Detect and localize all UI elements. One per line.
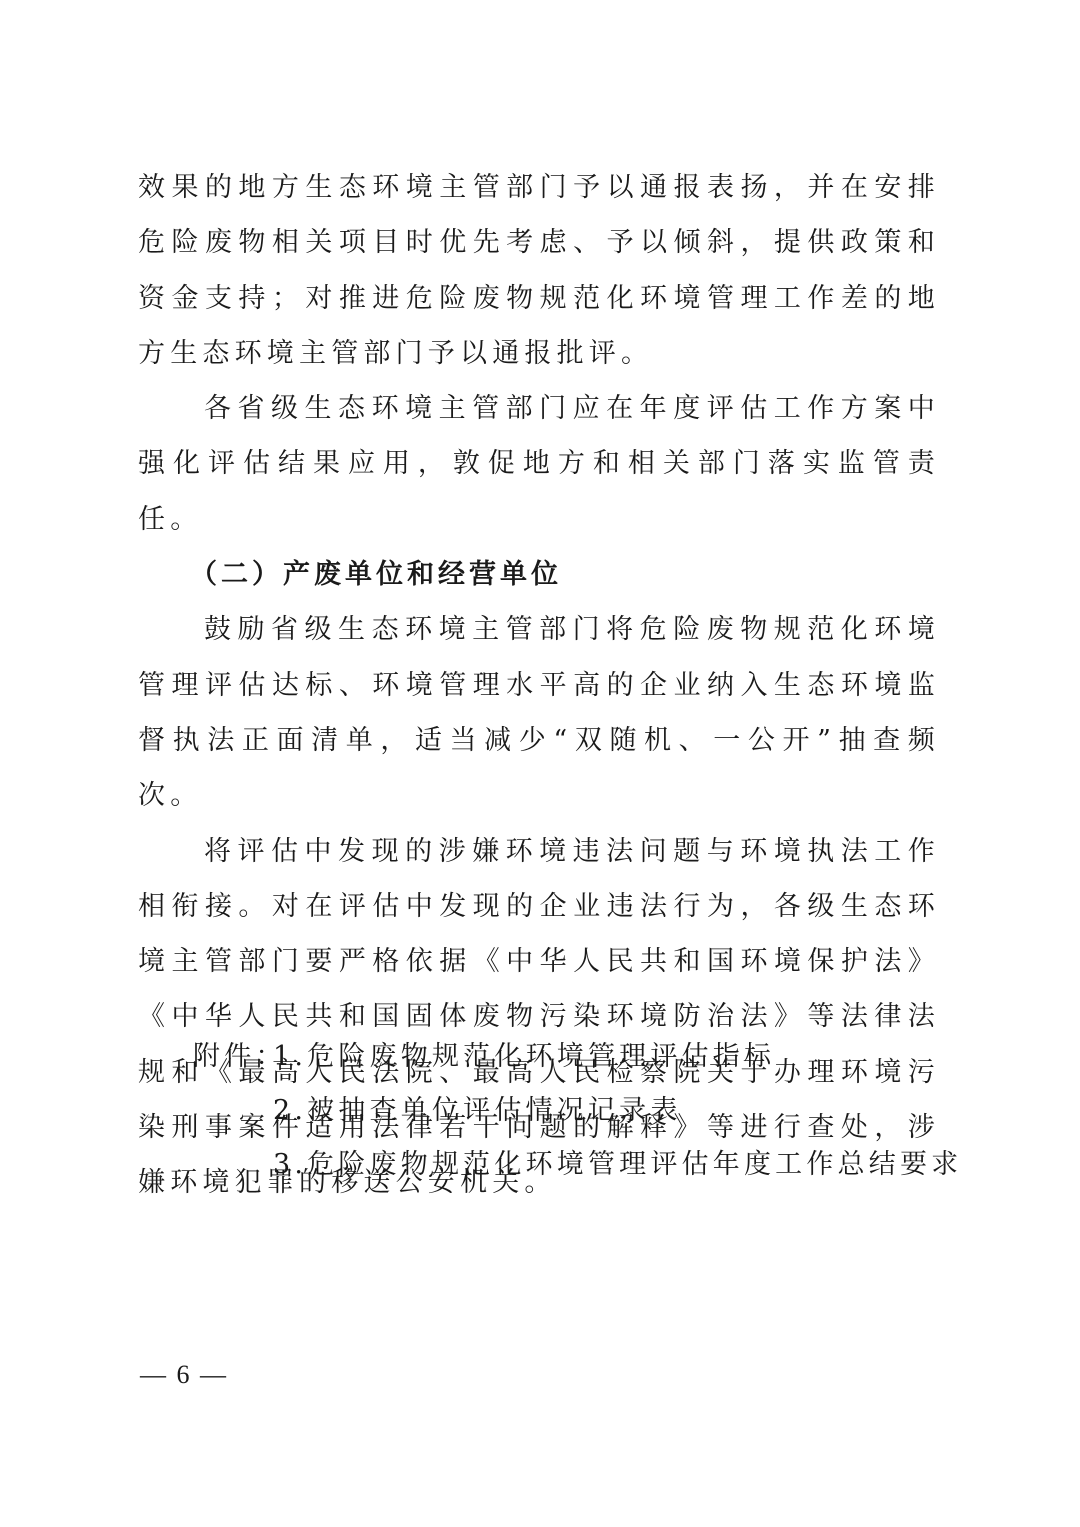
attachment-row-3: 3.危险废物规范化环境管理评估年度工作总结要求	[193, 1138, 962, 1192]
page-number: — 6 —	[140, 1360, 228, 1390]
attachment-item-3: 3.危险废物规范化环境管理评估年度工作总结要求	[273, 1149, 962, 1180]
attachments-label: 附件：	[193, 1030, 273, 1084]
paragraph-1: 效果的地方生态环境主管部门予以通报表扬，并在安排危险废物相关项目时优先考虑、予以…	[138, 160, 940, 381]
attachment-item-2: 2.被抽查单位评估情况记录表	[273, 1095, 682, 1126]
paragraph-2: 各省级生态环境主管部门应在年度评估工作方案中强化评估结果应用，敦促地方和相关部门…	[138, 381, 940, 547]
paragraph-3: 鼓励省级生态环境主管部门将危险废物规范化环境管理评估达标、环境管理水平高的企业纳…	[138, 602, 940, 823]
attachment-row-2: 2.被抽查单位评估情况记录表	[193, 1084, 962, 1138]
section-heading: （二）产废单位和经营单位	[138, 547, 940, 602]
attachments-list: 附件：1.危险废物规范化环境管理评估指标 2.被抽查单位评估情况记录表 3.危险…	[193, 1030, 962, 1192]
attachment-item-1: 1.危险废物规范化环境管理评估指标	[273, 1041, 775, 1072]
attachment-row-1: 附件：1.危险废物规范化环境管理评估指标	[193, 1030, 962, 1084]
